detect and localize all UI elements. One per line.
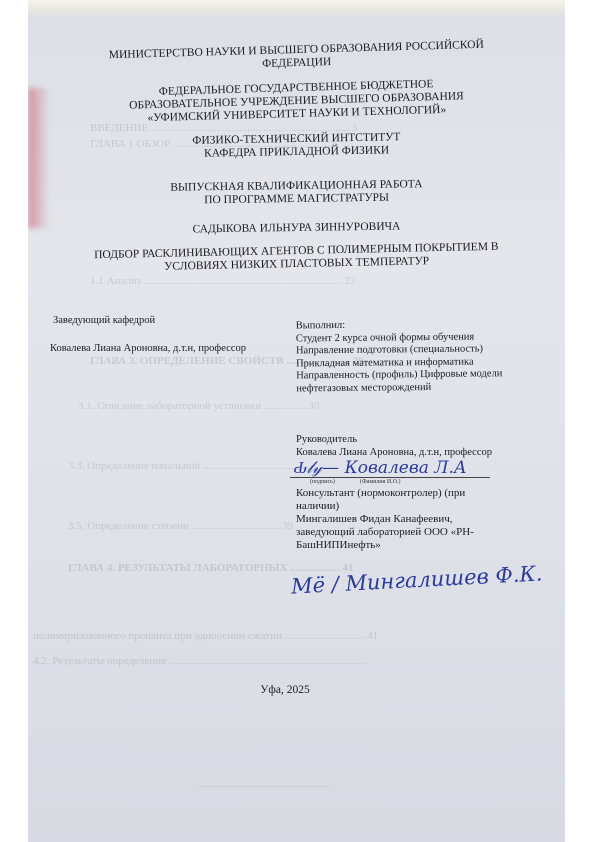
signature-scribble: Мё / [291, 572, 347, 599]
consultant-line: Мингалишев Фидан Канафеевич, [296, 513, 565, 526]
bleed-through-text: ———————————— [198, 780, 330, 792]
name-caption: (Фамилия И.О.) [360, 479, 401, 485]
signature-scribble: Ԃ𝓁𝓎— [293, 458, 339, 478]
bleed-through-text: 3.3. Определение начальной .............… [68, 460, 324, 472]
bleed-through-text: ГЛАВА 4. РЕЗУЛЬТАТЫ ЛАБОРАТОРНЫХ .......… [68, 562, 353, 574]
city-year: Уфа, 2025 [28, 684, 542, 696]
supervisor-signature-text: Ковалева Л.А [345, 458, 467, 478]
bleed-through-text: 3.1. Описание лабораторной установки ...… [78, 400, 319, 412]
consultant-signature-text: Мингалишев Ф.К. [345, 561, 543, 595]
bleed-through-text: 1.1 Анализ .............................… [90, 275, 356, 287]
supervisor-label: Руководитель [296, 434, 565, 447]
head-of-department-label: Заведующий кафедрой [53, 314, 155, 327]
bleed-through-text: 3.5. Определение степени ...............… [68, 520, 293, 532]
signature-underline [290, 477, 490, 478]
performed-by-block: Выполнил: Студент 2 курса очной формы об… [296, 318, 565, 396]
signature-caption: (подпись) [310, 479, 335, 485]
consultant-line: БашНИПИнефть» [296, 539, 565, 552]
consultant-block: Консультант (нормоконтролер) (при наличи… [296, 487, 565, 552]
title-page: ВВЕДЕНИЕ ...............................… [28, 0, 565, 842]
ministry-block: МИНИСТЕРСТВО НАУКИ И ВЫСШЕГО ОБРАЗОВАНИЯ… [28, 37, 565, 78]
consultant-line: заведующий лабораторией ООО «РН- [296, 526, 565, 539]
author-name: САДЫКОВА ИЛЬНУРА ЗИННУРОВИЧА [28, 218, 565, 238]
page-fold [28, 0, 565, 18]
consultant-line: Консультант (нормоконтролер) (при [296, 487, 565, 500]
work-type-block: ВЫПУСКНАЯ КВАЛИФИКАЦИОННАЯ РАБОТА ПО ПРО… [28, 176, 565, 209]
supervisor-block: Руководитель Ковалева Лиана Ароновна, д.… [296, 434, 565, 459]
thesis-title: ПОДБОР РАСКЛИНИВАЮЩИХ АГЕНТОВ С ПОЛИМЕРН… [28, 239, 565, 276]
institution-block: ФЕДЕРАЛЬНОЕ ГОСУДАРСТВЕННОЕ БЮДЖЕТНОЕ ОБ… [28, 75, 565, 129]
head-of-department-name: Ковалева Лиана Ароновна, д.т.н, профессо… [50, 342, 246, 355]
bleed-through-text: 4.2. Результаты определения ............… [33, 655, 367, 667]
supervisor-signature: Ԃ𝓁𝓎— Ковалева Л.А [293, 458, 467, 478]
bleed-through-text: полимеризованного пропанта при одноосном… [33, 630, 378, 642]
consultant-line: наличии) [296, 500, 565, 513]
performed-by-line: нефтегазовых месторождений [296, 380, 565, 395]
